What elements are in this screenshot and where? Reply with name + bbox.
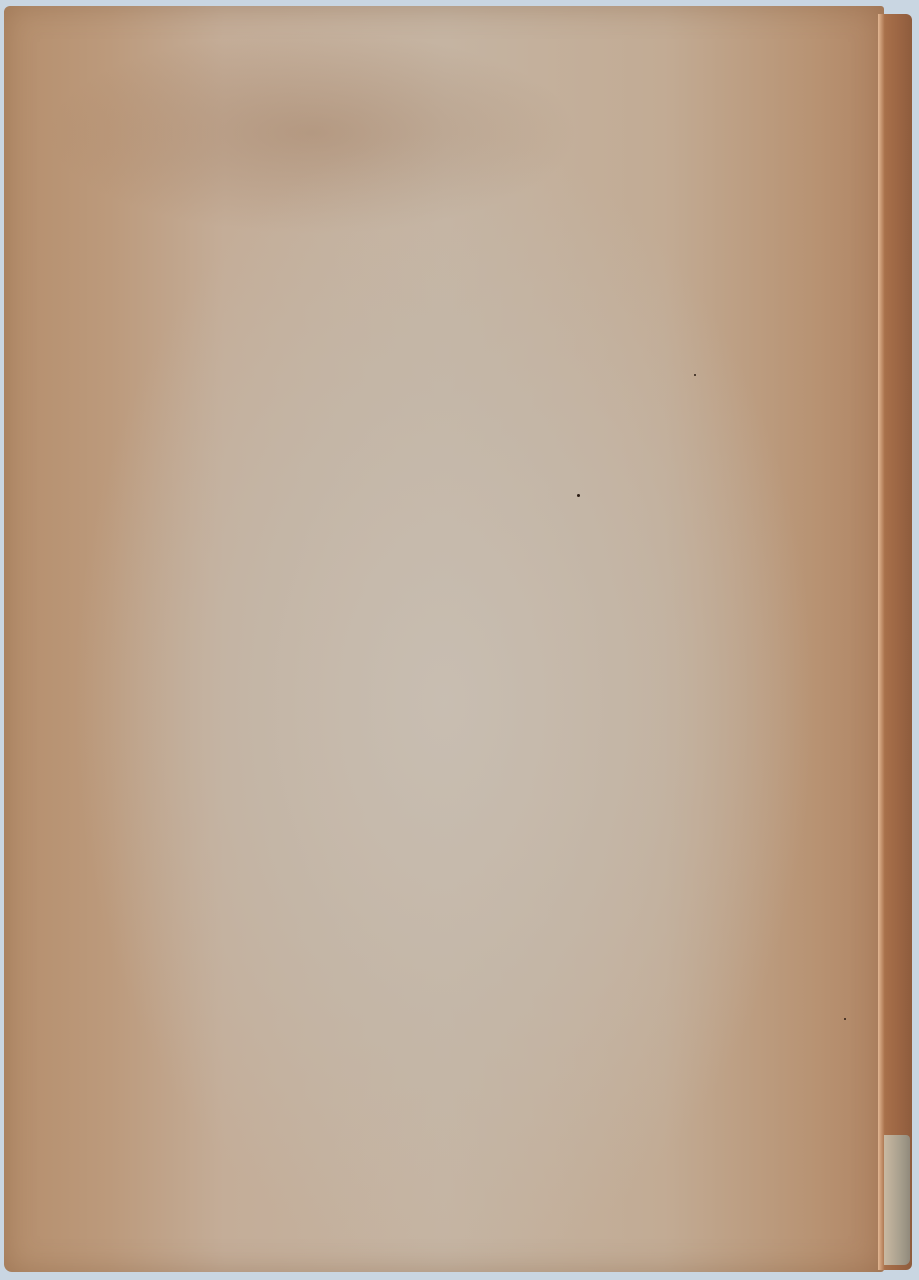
ink-speck (577, 494, 580, 497)
ink-speck (694, 374, 696, 376)
book-back-cover (4, 6, 884, 1272)
worn-spine-corner (884, 1135, 910, 1265)
ink-speck (844, 1018, 846, 1020)
book-spine (878, 14, 912, 1270)
